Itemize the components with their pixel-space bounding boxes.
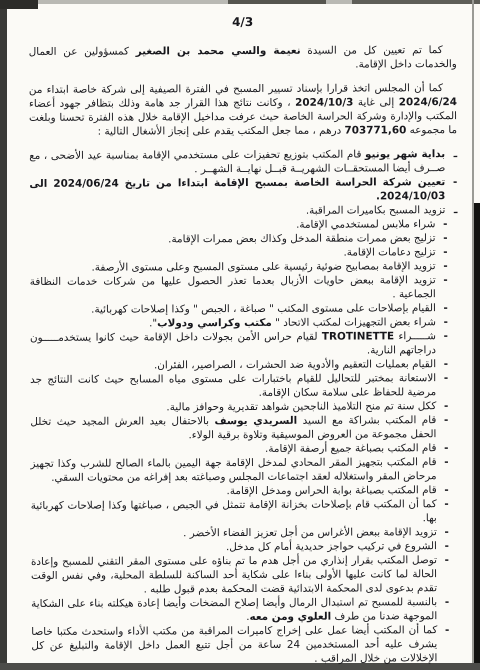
- scan-edge-top-dark-segment: [352, 0, 480, 4]
- bullet-text: توصل المكتب بقرار إنذاري من أجل هدم ما ت…: [31, 553, 437, 597]
- bullet-item: -كما أن المكتب أيضا عمل على إخراج كاميرا…: [31, 623, 459, 667]
- bullet-marker: -: [435, 217, 447, 231]
- bullet-text: كما أن المكتب قام بإصلاحات بخزانة الإقام…: [31, 497, 437, 527]
- bullet-marker: -: [436, 315, 448, 329]
- bullet-text: قام المكتب بشراكة مع السيد السريدي يوسف …: [30, 413, 436, 443]
- bullet-marker: -: [436, 399, 448, 413]
- paragraph: كما تم تعيين كل من السيدة نعيمة والسي مح…: [29, 43, 457, 73]
- bullet-item: -شـــــراء TROTINETTE لقيام حراس الأمن ب…: [30, 329, 458, 359]
- bullet-marker: -: [437, 595, 449, 623]
- scan-corner-top-left: [0, 0, 38, 9]
- bullet-item: -توصل المكتب بقرار إنذاري من أجل هدم ما …: [31, 553, 459, 597]
- bullet-item: -كما أن المكتب قام بإصلاحات بخزانة الإقا…: [31, 497, 459, 527]
- bullet-item: -قام المكتب بشراكة مع السيد السريدي يوسف…: [30, 413, 458, 443]
- bullet-marker: -: [437, 483, 449, 497]
- bullet-marker: -: [436, 231, 448, 245]
- bullet-text: بالنسبة للمسبح تم استبدال الرمال وأيضا إ…: [31, 595, 437, 625]
- bullet-text: قام المكتب بتجهيز المقر المحادي لمدخل ال…: [31, 455, 437, 485]
- document-content: 4/3 كما تم تعيين كل من السيدة نعيمة والس…: [29, 14, 460, 667]
- bullet-marker: -: [436, 371, 448, 399]
- bullet-text: الاستعانة بمختبر للتحاليل للقيام باختبار…: [30, 371, 436, 401]
- bullet-marker: ـ: [445, 203, 457, 217]
- bullet-text: كما أن المكتب أيضا عمل على إخراج كاميرات…: [31, 623, 437, 667]
- bullet-marker: -: [436, 441, 448, 455]
- paragraph: كما أن المجلس اتخذ قرارا بإسناد تسيير ال…: [29, 81, 457, 139]
- bullet-text: تزويد الإقامة ببعض حاويات الأزبال بعدما …: [30, 273, 436, 303]
- bullet-marker: -: [437, 455, 449, 483]
- paragraphs: كما تم تعيين كل من السيدة نعيمة والسي مح…: [29, 43, 457, 139]
- bullet-marker: -: [436, 413, 448, 441]
- bullet-item: ـبداية شهر يونيو قام المكتب بتوزيع تحفيز…: [29, 147, 457, 177]
- scan-edge-right-bar: [474, 203, 480, 670]
- bullet-list: ـبداية شهر يونيو قام المكتب بتوزيع تحفيز…: [29, 147, 459, 667]
- bullet-text: شـــــراء TROTINETTE لقيام حراس الأمن بج…: [30, 329, 436, 359]
- bullet-text: تعيين شركة الحراسة الخاصة بمسبح الإقامة …: [29, 175, 445, 205]
- bullet-item: -قام المكتب بتجهيز المقر المحادي لمدخل ا…: [31, 455, 459, 485]
- bullet-text: بداية شهر يونيو قام المكتب بتوزيع تحفيزا…: [29, 147, 445, 177]
- bullet-marker: -: [445, 175, 457, 203]
- bullet-marker: -: [437, 497, 449, 525]
- bullet-marker: -: [436, 245, 448, 259]
- scan-edge-left: [0, 0, 7, 670]
- bullet-marker: -: [437, 623, 449, 665]
- bullet-marker: -: [436, 259, 448, 273]
- bullet-item: -الاستعانة بمختبر للتحاليل للقيام باختبا…: [30, 371, 458, 401]
- bullet-marker: -: [437, 525, 449, 539]
- bullet-marker: -: [436, 329, 448, 357]
- bullet-item: -بالنسبة للمسبح تم استبدال الرمال وأيضا …: [31, 595, 459, 625]
- scanned-document-page: 4/3 كما تم تعيين كل من السيدة نعيمة والس…: [0, 0, 480, 670]
- bullet-item: -تعيين شركة الحراسة الخاصة بمسبح الإقامة…: [29, 175, 457, 205]
- bullet-marker: ـ: [445, 147, 457, 175]
- bullet-marker: -: [437, 539, 449, 553]
- bullet-marker: -: [436, 301, 448, 315]
- bullet-marker: -: [436, 273, 448, 301]
- bullet-item: -تزويد الإقامة ببعض حاويات الأزبال بعدما…: [30, 273, 458, 303]
- bullet-marker: -: [437, 553, 449, 595]
- page-number: 4/3: [29, 14, 457, 30]
- bullet-marker: -: [436, 357, 448, 371]
- scan-edge-top-dark-segment: [228, 0, 326, 4]
